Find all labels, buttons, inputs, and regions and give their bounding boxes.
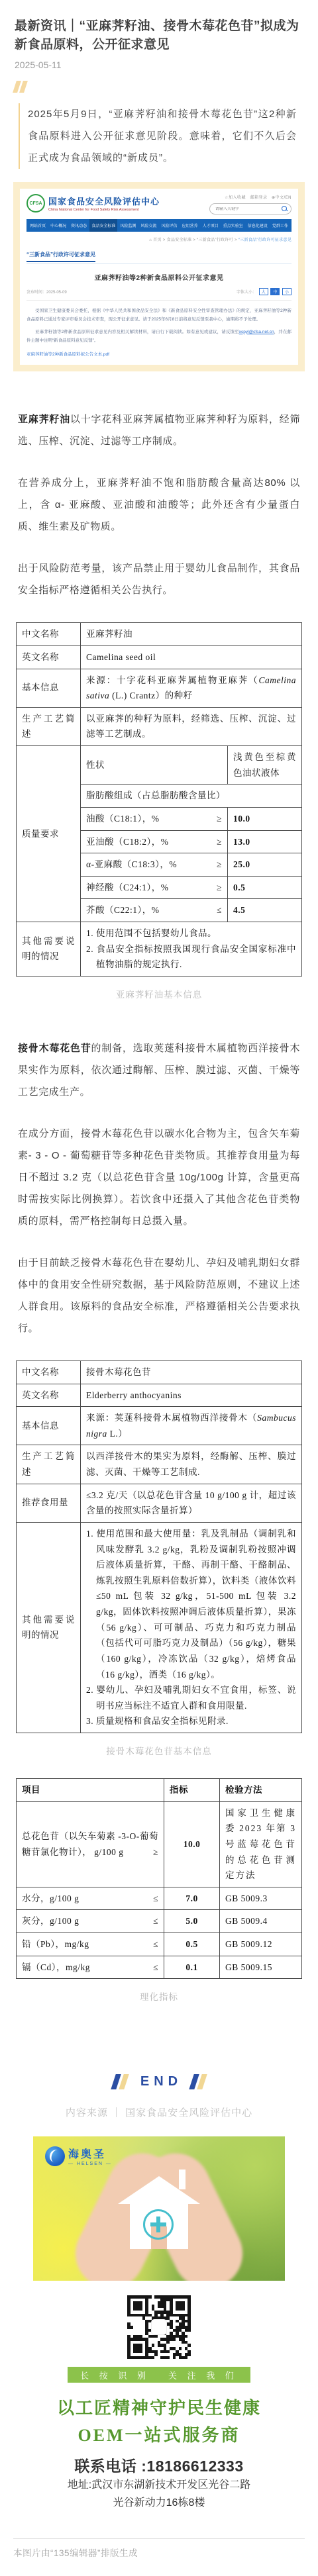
nav-item-risk-communication[interactable]: 风险交流 <box>138 219 158 232</box>
camelina-table-caption: 亚麻荠籽油基本信息 <box>0 987 318 1000</box>
elderberry-table-caption: 接骨木莓花色苷基本信息 <box>0 1744 318 1757</box>
search-input[interactable] <box>210 207 276 211</box>
house-illustration <box>118 2168 200 2251</box>
nav-item-risk-monitoring[interactable]: 风险监测 <box>118 219 138 232</box>
helsen-logo-cn: 海奥圣 <box>68 2146 112 2161</box>
nav-item-talent[interactable]: 人才项目 <box>201 219 221 232</box>
notice-paragraph-2: 亚麻荠籽油等2种新食品原料征求意见内容及相关解读材料，请自行下载阅读。如有意见或… <box>26 328 291 346</box>
nav-item-news[interactable]: 资讯动态 <box>69 219 89 232</box>
quote-icon <box>15 81 318 94</box>
brand-slogan-2: OEM一站式服务商 <box>0 2422 318 2446</box>
feedback-email-link[interactable]: xspyl@cfsa.net.cn <box>239 330 274 334</box>
contact-address-line-2: 光谷新动力16栋8楼 <box>0 2495 318 2512</box>
camelina-paragraph-3: 出于风险防范考量，该产品禁止用于婴幼儿食品制作，其食品安全指标严格遵循相关公告执… <box>18 557 300 601</box>
divider <box>26 300 291 301</box>
breadcrumb-path: > 食品安全标准 > “三新食品”行政许可 > <box>162 238 238 242</box>
publish-date: 2025-05-11 <box>15 60 303 70</box>
notice-publish-time: 发布时间：2025-05-09 <box>26 289 67 295</box>
physicochemical-table: 项目 指标 检验方法 总花色苷（以矢车菊素 -3-O-葡萄糖苷氯化物计）， g/… <box>16 1778 302 1979</box>
end-label: END <box>140 2074 182 2089</box>
search-icon[interactable] <box>282 206 287 211</box>
follow-hint: 关 注 我 们 <box>168 2369 238 2381</box>
breadcrumb-home[interactable]: ⌂ 首页 <box>149 238 162 242</box>
end-divider: END <box>0 2074 318 2089</box>
article: 最新资讯｜“亚麻荠籽油、接骨木莓花色苷”拟成为新食品原料，公开征求意见 2025… <box>0 17 318 2576</box>
breadcrumb-current: “三新食品”行政许可征求意见 <box>238 238 291 242</box>
nav-item-home[interactable]: 网站首页 <box>28 219 48 232</box>
site-nav: 网站首页 中心概况 资讯动态 食品安全标准 风险监测 风险交流 风险评估 应用营… <box>26 219 291 232</box>
medical-cross-icon <box>143 2209 174 2240</box>
elderberry-info-table: 中文名称接骨木莓花色苷 英文名称Elderberry anthocyanins … <box>16 1360 302 1733</box>
follow-banner[interactable]: 长 按 识 别 关 注 我 们 <box>68 2367 250 2383</box>
contact-address-line-1: 地址:武汉市东湖新技术开发区光谷二路 <box>0 2477 318 2494</box>
qr-center-logo <box>152 2320 166 2334</box>
org-name-cn: 国家食品安全风险评估中心 <box>48 195 160 207</box>
qr-code[interactable] <box>127 2295 191 2359</box>
nav-item-party[interactable]: 党群工作 <box>270 219 290 232</box>
section-title-row: “三新食品”行政许可征求意见 <box>26 248 291 263</box>
nav-item-informatization[interactable]: 信息化建设 <box>246 219 270 232</box>
brand-slogan-1: 以工匠精神守护民生健康 <box>0 2395 318 2419</box>
camelina-paragraph-1: 亚麻荠籽油以十字花科亚麻荠属植物亚麻荠种籽为原料，经筛选、压榨、沉淀、过滤等工序… <box>18 408 300 452</box>
cfsa-logo: CFSA 国家食品安全风险评估中心 China National Center … <box>26 194 160 213</box>
end-slash-icon <box>197 2074 207 2089</box>
content-source: 内容来源 ｜ 国家食品安全风险评估中心 <box>0 2105 318 2119</box>
font-size-small-button[interactable]: 小 <box>282 288 291 295</box>
elderberry-paragraph-1: 接骨木莓花色苷的制备，选取荚蒾科接骨木属植物西洋接骨木果实作为原料，依次通过酶解… <box>18 1037 300 1103</box>
contact-phone: 联系电话 :18186612333 <box>0 2454 318 2476</box>
search-box[interactable] <box>209 203 291 215</box>
nav-item-applied-nutrition[interactable]: 应用营养 <box>180 219 200 232</box>
notice-title: 亚麻荠籽油等2种新食品原料公开征求意见 <box>26 272 291 282</box>
helsen-logo: 海奥圣 — HELSEN — <box>45 2146 112 2166</box>
cfsa-logo-icon: CFSA <box>26 194 45 213</box>
elderberry-paragraph-2: 在成分方面，接骨木莓花色苷以碳水化合物为主，包含矢车菊素- 3 - O - 葡萄… <box>18 1123 300 1232</box>
editor-credit: 本图片由“135编辑器”排版生成 <box>13 2538 305 2576</box>
org-name-en: China National Center for Food Safety Ri… <box>48 208 160 212</box>
intro-paragraph: 2025年5月9日，“亚麻荠籽油和接骨木莓花色苷”这2种新食品原料进入公开征求意… <box>19 103 297 169</box>
elderberry-paragraph-3: 由于目前缺乏接骨木莓花色苷在婴幼儿、孕妇及哺乳期妇女群体中的食用安全性研究数据，… <box>18 1252 300 1339</box>
font-size-large-button[interactable]: 大 <box>259 288 268 295</box>
site-utility-links[interactable]: ☆加入收藏 邮箱登录 ⊕中文/EN <box>225 194 291 200</box>
nav-item-about[interactable]: 中心概况 <box>48 219 68 232</box>
font-size-medium-button[interactable]: 中 <box>270 288 280 295</box>
notice-meta: 发布时间：2025-05-09 字体大小： 大 中 小 <box>26 288 291 295</box>
pdf-attachment-link[interactable]: 亚麻荠籽油等2种新食品原料拟公告文本.pdf <box>26 351 291 357</box>
breadcrumb: ⌂ 首页 > 食品安全标准 > “三新食品”行政许可 > “三新食品”行政许可征… <box>26 236 291 242</box>
cfsa-website-screenshot: CFSA 国家食品安全风险评估中心 China National Center … <box>13 182 305 371</box>
camelina-info-table: 中文名称亚麻荠籽油 英文名称Camelina seed oil 基本信息来源：十… <box>16 622 302 977</box>
notice-paragraph-1: 受国家卫生健康委员会委托，根据《中华人民共和国食品安全法》和《新食品原料安全性审… <box>26 307 291 324</box>
font-size-switch: 字体大小： 大 中 小 <box>237 288 291 295</box>
helsen-logo-en: — HELSEN — <box>68 2162 112 2166</box>
promo-image: 海奥圣 — HELSEN — <box>33 2136 285 2281</box>
page-title: 最新资讯｜“亚麻荠籽油、接骨木莓花色苷”拟成为新食品原料，公开征求意见 <box>15 17 303 54</box>
scan-hint: 长 按 识 别 <box>80 2369 150 2381</box>
nav-item-risk-assessment[interactable]: 风险评估 <box>159 219 179 232</box>
helsen-logo-icon <box>45 2146 65 2166</box>
font-size-label: 字体大小： <box>237 291 256 295</box>
camelina-paragraph-2: 在营养成分上，亚麻荠籽油不饱和脂肪酸含量高达80% 以上，含 α- 亚麻酸、亚油… <box>18 472 300 538</box>
section-title: “三新食品”行政许可征求意见 <box>26 252 95 262</box>
nav-item-food-safety-standards[interactable]: 食品安全标准 <box>89 219 117 232</box>
physicochemical-table-caption: 理化指标 <box>0 1989 318 2003</box>
nav-item-key-lab[interactable]: 重点实验室 <box>221 219 245 232</box>
